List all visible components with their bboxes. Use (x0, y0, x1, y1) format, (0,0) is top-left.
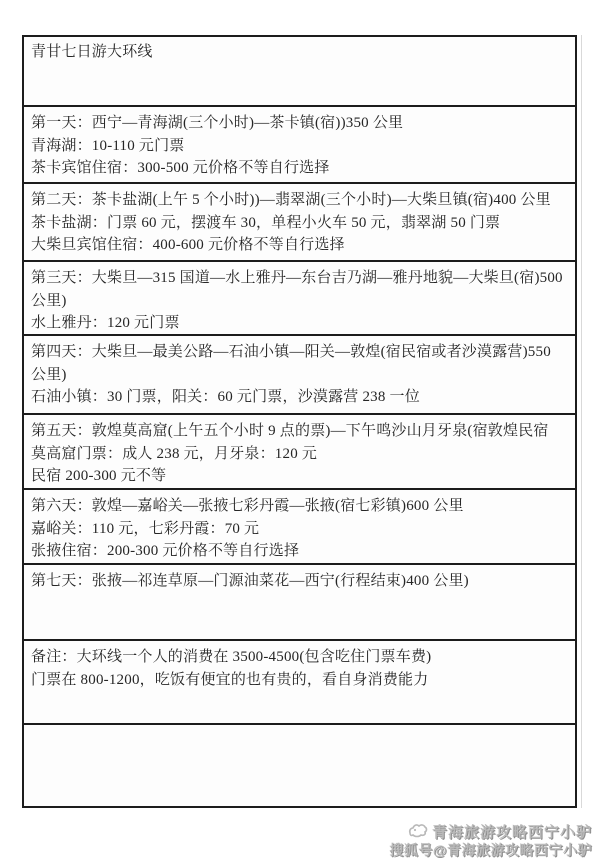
watermark-account-text: 搜狐号@青海旅游攻略西宁小驴 (389, 842, 592, 858)
itinerary-row-day2: 第二天：茶卡盐湖(上午 5 个小时))—翡翠湖(三个小时)—大柴旦镇(宿)400… (24, 184, 575, 262)
day1-route: 第一天：西宁—青海湖(三个小时)—茶卡镇(宿))350 公里 (31, 112, 568, 135)
page: 青甘七日游大环线 第一天：西宁—青海湖(三个小时)—茶卡镇(宿))350 公里 … (0, 0, 600, 859)
day1-lodging: 茶卡宾馆住宿：300-500 元价格不等自行选择 (31, 157, 568, 180)
day2-tickets: 茶卡盐湖：门票 60 元，摆渡车 30，单程小火车 50 元，翡翠湖 50 门票 (31, 212, 568, 235)
watermark-line1: 青海旅游攻略西宁小驴 (389, 823, 592, 842)
donkey-logo-icon (408, 823, 428, 842)
itinerary-row-title: 青甘七日游大环线 (24, 37, 575, 107)
day4-tickets: 石油小镇：30 门票，阳关：60 元门票，沙漠露营 238 一位 (31, 386, 568, 409)
day3-route: 第三天：大柴旦—315 国道—水上雅丹—东台吉乃湖—雅丹地貌—大柴旦(宿)500… (31, 267, 568, 312)
day7-route: 第七天：张掖—祁连草原—门源油菜花—西宁(行程结束)400 公里) (31, 570, 568, 593)
day4-route: 第四天：大柴旦—最美公路—石油小镇—阳关—敦煌(宿民宿或者沙漠露营)550 公里… (31, 341, 568, 386)
watermark: 青海旅游攻略西宁小驴 搜狐号@青海旅游攻略西宁小驴 (389, 823, 592, 858)
note-detail: 门票在 800-1200，吃饭有便宜的也有贵的，看自身消费能力 (31, 669, 568, 692)
note-cost: 备注：大环线一个人的消费在 3500-4500(包含吃住门票车费) (31, 646, 568, 669)
itinerary-row-day3: 第三天：大柴旦—315 国道—水上雅丹—东台吉乃湖—雅丹地貌—大柴旦(宿)500… (24, 262, 575, 336)
itinerary-row-day1: 第一天：西宁—青海湖(三个小时)—茶卡镇(宿))350 公里 青海湖：10-11… (24, 107, 575, 184)
day2-lodging: 大柴旦宾馆住宿：400-600 元价格不等自行选择 (31, 234, 568, 257)
itinerary-row-empty (24, 725, 575, 806)
itinerary-row-day7: 第七天：张掖—祁连草原—门源油菜花—西宁(行程结束)400 公里) (24, 565, 575, 641)
itinerary-row-day4: 第四天：大柴旦—最美公路—石油小镇—阳关—敦煌(宿民宿或者沙漠露营)550 公里… (24, 336, 575, 415)
itinerary-row-day6: 第六天：敦煌—嘉峪关—张掖七彩丹霞—张掖(宿七彩镇)600 公里 嘉峪关：110… (24, 490, 575, 565)
itinerary-row-day5: 第五天：敦煌莫高窟(上午五个小时 9 点的票)—下午鸣沙山月牙泉(宿敦煌民宿 莫… (24, 415, 575, 490)
day6-route: 第六天：敦煌—嘉峪关—张掖七彩丹霞—张掖(宿七彩镇)600 公里 (31, 495, 568, 518)
day2-route: 第二天：茶卡盐湖(上午 5 个小时))—翡翠湖(三个小时)—大柴旦镇(宿)400… (31, 189, 568, 212)
watermark-brand-text: 青海旅游攻略西宁小驴 (432, 825, 592, 841)
table-title: 青甘七日游大环线 (31, 41, 568, 64)
day3-tickets: 水上雅丹：120 元门票 (31, 312, 568, 335)
day5-route: 第五天：敦煌莫高窟(上午五个小时 9 点的票)—下午鸣沙山月牙泉(宿敦煌民宿 (31, 420, 568, 443)
itinerary-table: 青甘七日游大环线 第一天：西宁—青海湖(三个小时)—茶卡镇(宿))350 公里 … (22, 35, 577, 808)
itinerary-row-note: 备注：大环线一个人的消费在 3500-4500(包含吃住门票车费) 门票在 80… (24, 641, 575, 725)
day5-lodging: 民宿 200-300 元不等 (31, 465, 568, 488)
day6-tickets: 嘉峪关：110 元，七彩丹霞：70 元 (31, 518, 568, 541)
day1-tickets: 青海湖：10-110 元门票 (31, 135, 568, 158)
day5-tickets: 莫高窟门票：成人 238 元，月牙泉：120 元 (31, 443, 568, 466)
day6-lodging: 张掖住宿：200-300 元价格不等自行选择 (31, 540, 568, 563)
